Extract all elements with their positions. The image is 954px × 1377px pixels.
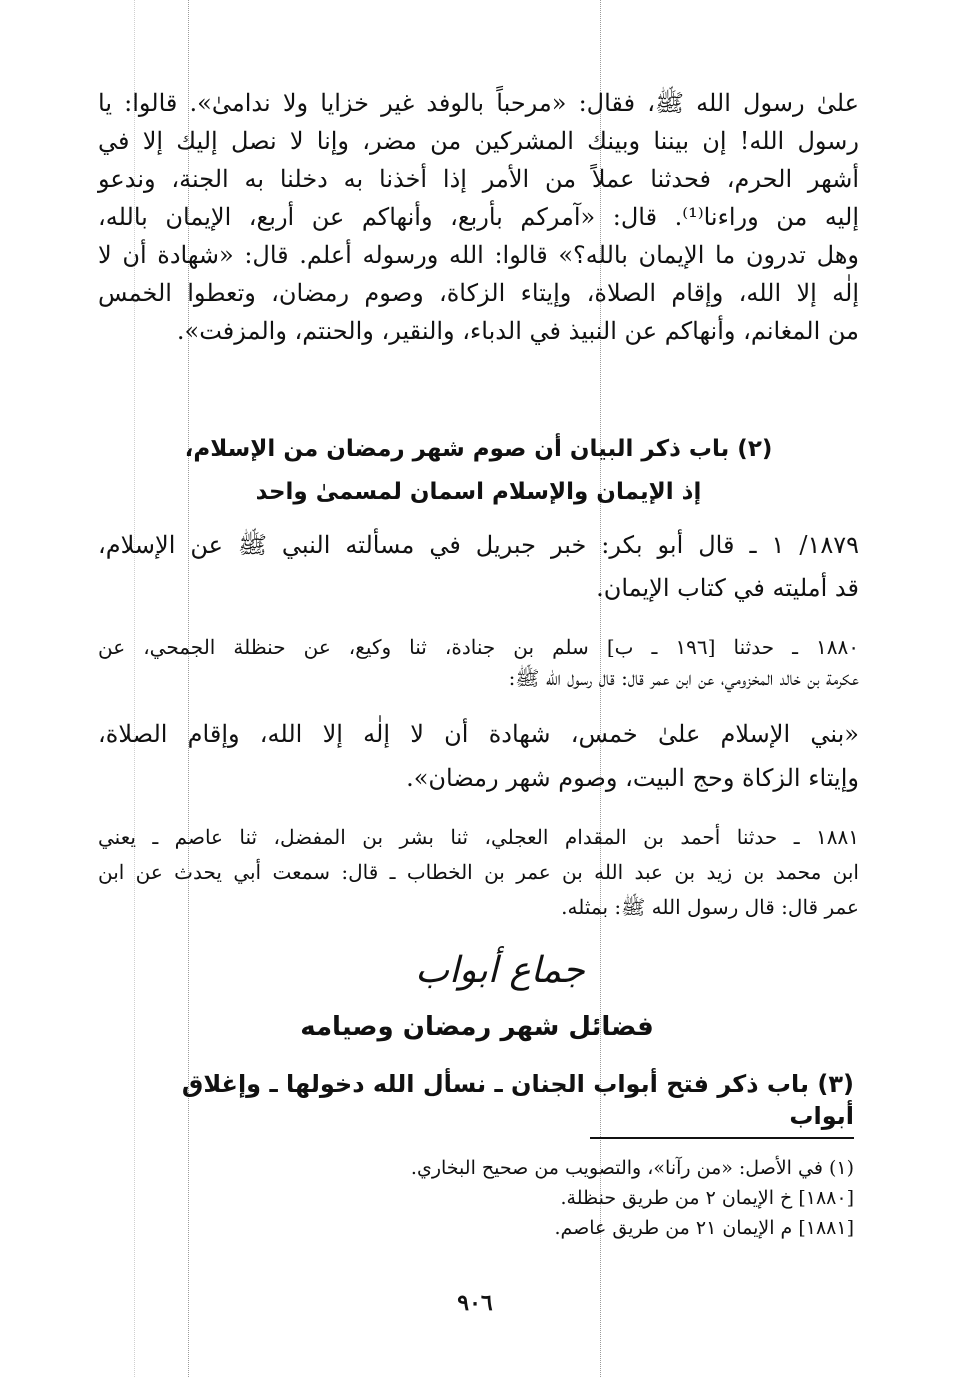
hadith-1880-isnad-line: عكرمة بن خالد المخزومي، عن ابن عمر قال: … <box>98 663 859 693</box>
hadith-1879-line: ١٨٧٩/ ١ ـ قال أبو بكر: خبر جبريل في مسأل… <box>98 528 859 562</box>
section-label-calligraphy: جماع أبواب <box>300 950 700 991</box>
text-line: رسول الله! إن بيننا وبينك المشركين من مض… <box>98 124 859 158</box>
footnote-separator <box>590 1137 854 1139</box>
text-line: من المغانم، وأنهاكم عن النبيذ في الدباء،… <box>98 314 859 348</box>
footnote-reference: [١٨٨١] م الإيمان ٢١ من طريق عاصم. <box>294 1216 854 1241</box>
chapter-heading: (٢) باب ذكر البيان أن صوم شهر رمضان من ا… <box>98 433 859 465</box>
footnote-reference: [١٨٨٠] خ الإيمان ٢ من طريق حنظلة. <box>294 1186 854 1211</box>
footnote: (١) في الأصل: «من رآنا»، والتصويب من صحي… <box>294 1156 854 1181</box>
hadith-1881-line: ابن محمد بن زيد بن عبد الله بن عمر بن ال… <box>98 857 859 887</box>
text-line: علىٰ رسول الله ﷺ، فقال: «مرحباً بالوفد غ… <box>98 86 859 120</box>
hadith-1881-line: عمر قال: قال رسول الله ﷺ: بمثله. <box>98 892 859 922</box>
chapter-heading-subtitle: إذ الإيمان والإسلام اسمان لمسمىٰ واحد <box>98 476 859 508</box>
text-line: أشهر الحرم، فحدثنا عملاً من الأمر إذا أخ… <box>98 162 859 196</box>
hadith-1879-line: قد أمليته في كتاب الإيمان. <box>98 571 859 605</box>
hadith-1880-matn-line: وإيتاء الزكاة وحج البيت، وصوم شهر رمضان»… <box>98 761 859 795</box>
book-page: علىٰ رسول الله ﷺ، فقال: «مرحباً بالوفد غ… <box>0 0 954 1377</box>
hadith-1881-line: ١٨٨١ ـ حدثنا أحمد بن المقدام العجلي، ثنا… <box>98 822 859 852</box>
hadith-1880-isnad-line: ١٨٨٠ ـ حدثنا [١٩٦ ـ ب] سلم بن جنادة، ثنا… <box>98 632 859 662</box>
page-number: ٩٠٦ <box>420 1290 530 1316</box>
chapter-heading: (٣) باب ذكر فتح أبواب الجنان ـ نسأل الله… <box>120 1068 854 1132</box>
text-line: إليه من وراءنا⁽¹⁾. قال: «آمركم بأربع، وأ… <box>98 200 859 234</box>
text-line: وهل تدرون ما الإيمان بالله؟» قالوا: الله… <box>98 238 859 272</box>
hadith-1880-matn-line: «بني الإسلام علىٰ خمس، شهادة أن لا إلٰه … <box>98 717 859 751</box>
section-title: فضائل شهر رمضان وصيامه <box>200 1012 754 1042</box>
text-line: إلٰه إلا الله، وإقام الصلاة، وإيتاء الزك… <box>98 276 859 310</box>
